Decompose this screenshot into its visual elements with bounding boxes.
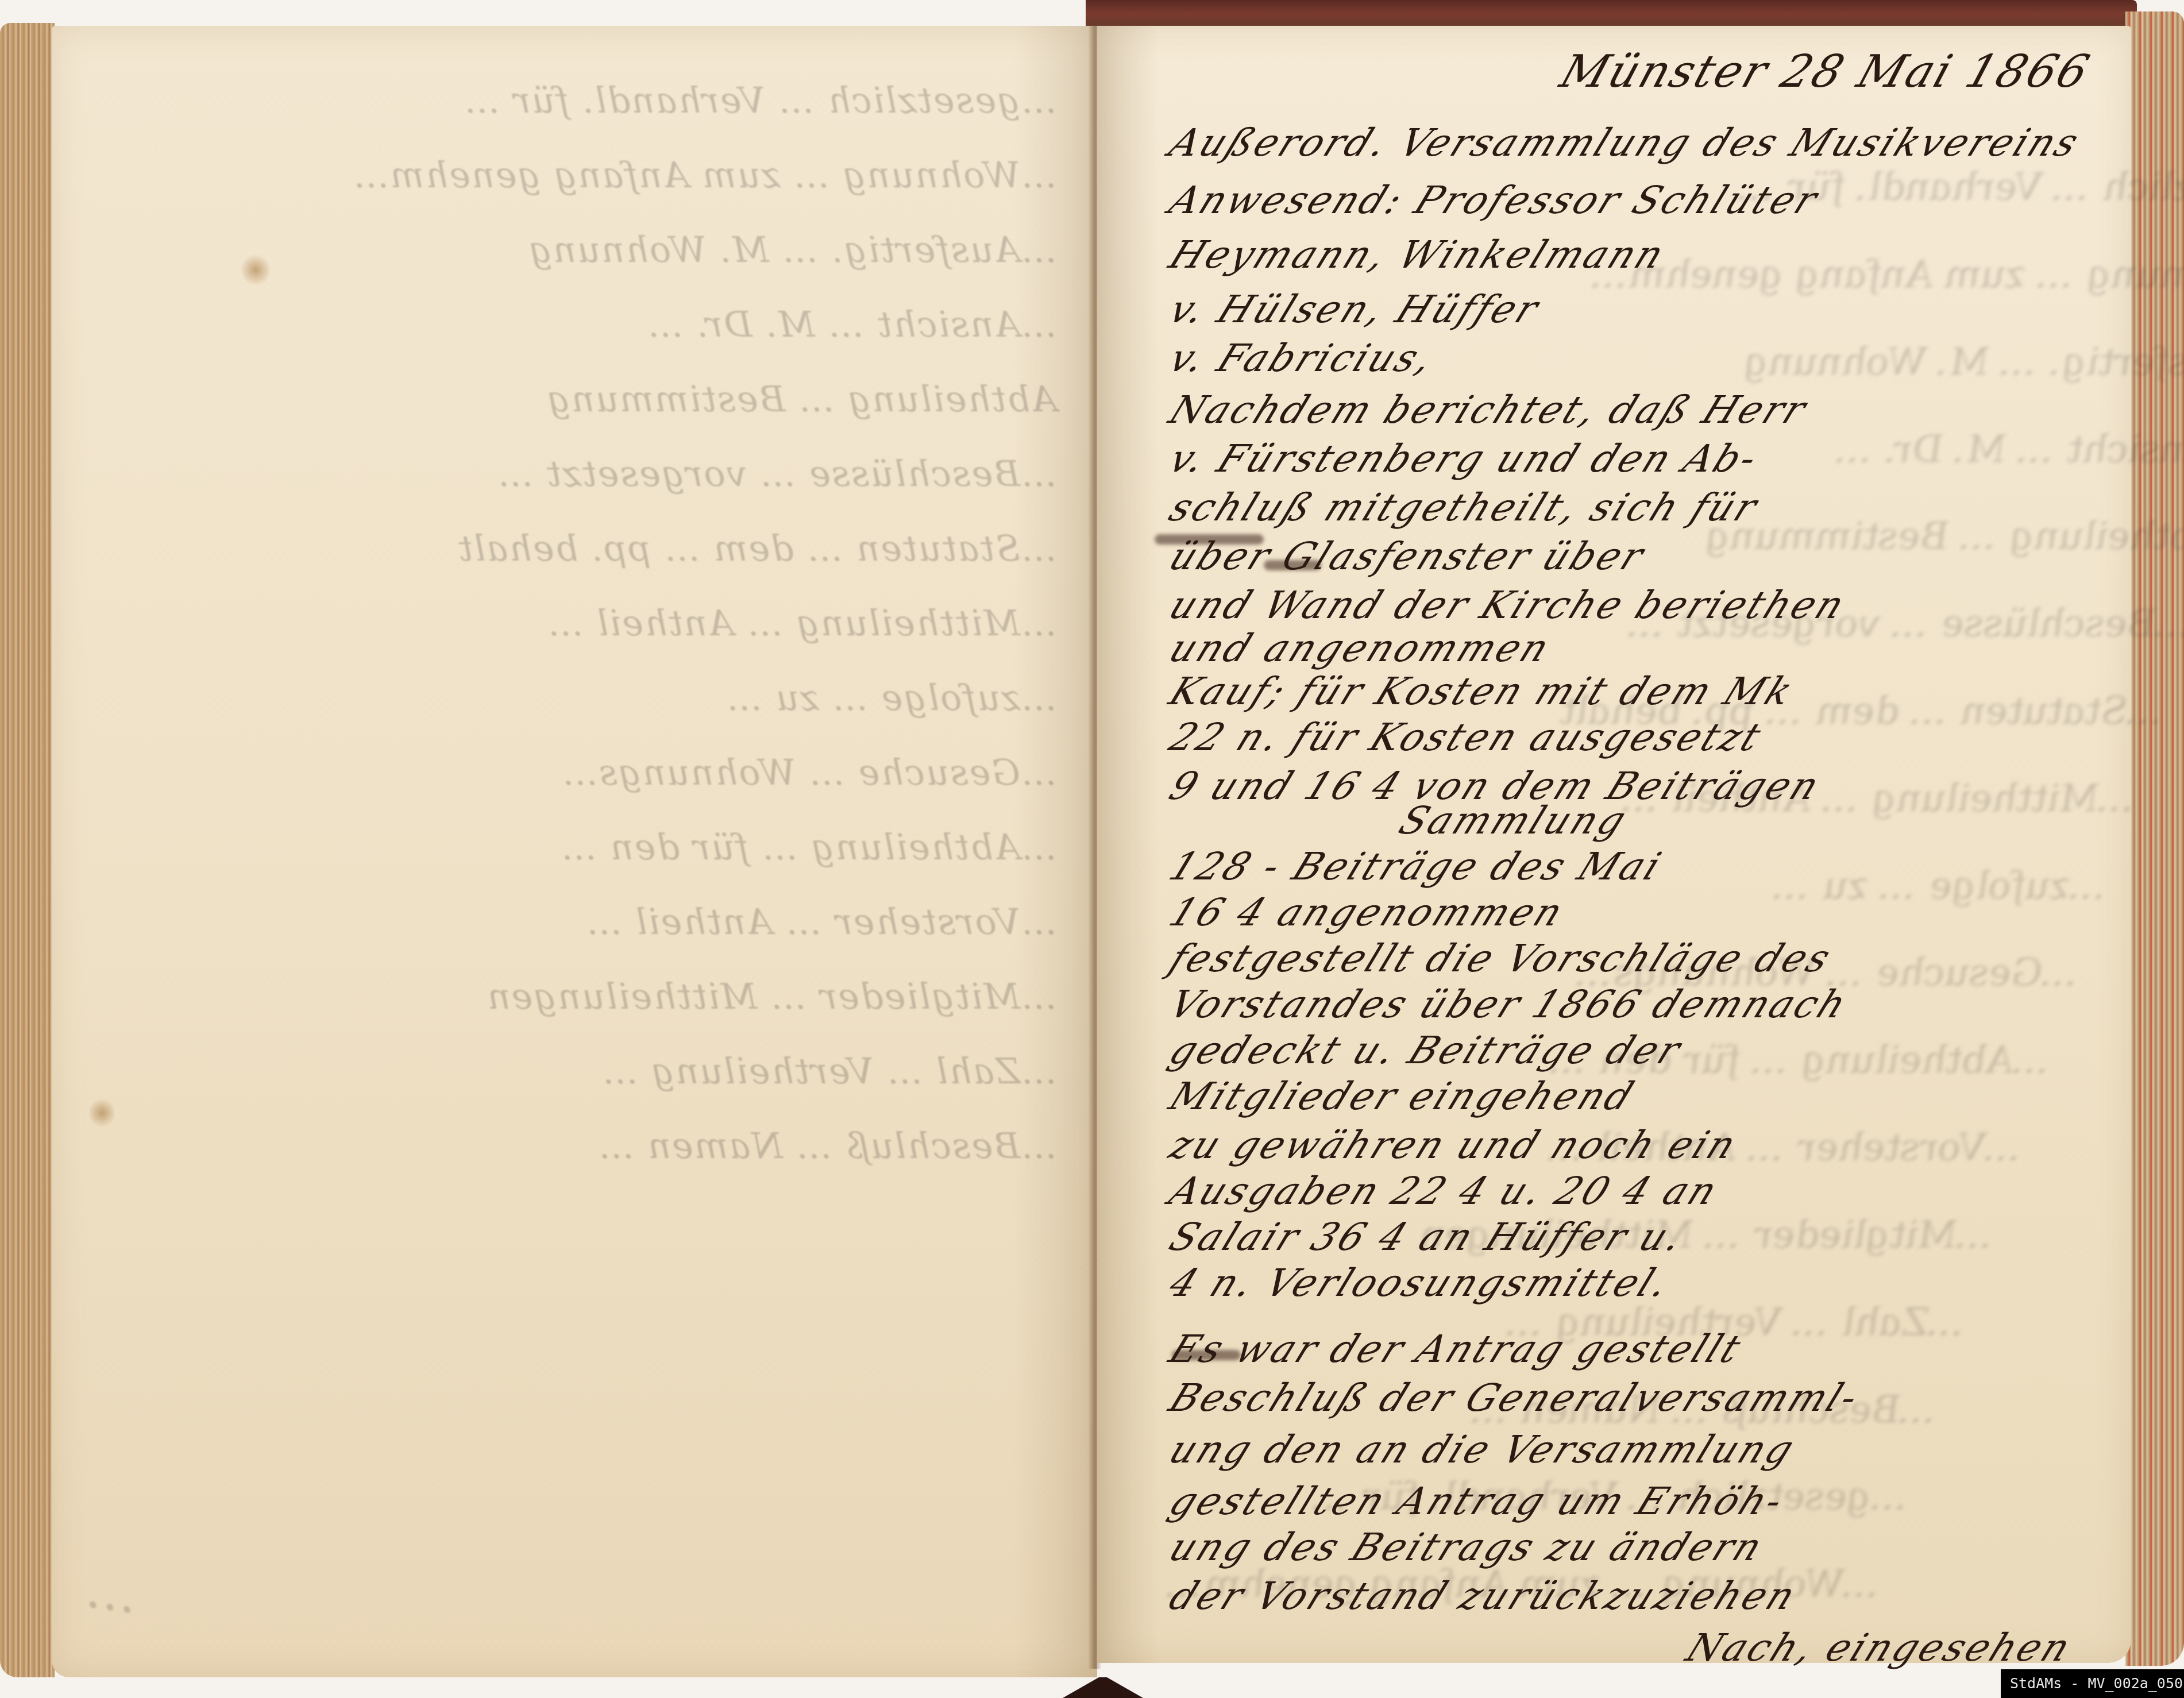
entry-line: festgestellt die Vorschläge des [1163,936,1839,981]
archive-reference-label: StdAMs - MV_002a_050 [2001,1669,2184,1698]
entry-line: Mitglieder eingehend [1163,1074,1642,1118]
bleed-line: …Beschluß … Namen … [80,1109,1057,1183]
entry-line: Ausgaben 22 4 u. 20 4 an [1163,1169,1726,1213]
entry-line: Beschluß der Generalversamml- [1163,1376,1867,1420]
entry-line: Salair 36 4 an Hüffer u. [1163,1215,1692,1259]
entry-line: und angenommen [1163,626,1558,670]
left-page-bleed-through: …gesetzlich … Verhandl. für … …Wohnung …… [80,63,1057,1183]
foxing-stain [89,1097,115,1129]
bleed-line: …Ausfertig. … M. Wohnung [80,213,1057,287]
entry-line: Anwesend: Professor Schlüter [1163,178,1826,222]
entry-line: ung des Beitrags zu ändern [1163,1525,1770,1569]
entry-line: v. Fabricius, [1163,336,1442,380]
bleed-line: …Wohnung … zum Anfang genehm… [80,138,1057,213]
bleed-line: …zufolge … zu … [80,661,1057,735]
entry-line: 128 - Beiträge des Mai [1163,844,1669,889]
entry-line: über Glasfenster über [1163,534,1652,578]
bleed-line: …Abtheilung … für den … [80,810,1057,885]
entry-date-line: Münster 28 Mai 1866 [1554,46,2097,98]
bleed-line: …Mitglieder … Mittheilungen [80,959,1057,1034]
bleed-line: …Zahl … Vertheilung … [80,1034,1057,1109]
entry-line: 4 n. Verloosungsmittel. [1163,1261,1677,1305]
entry-line: gedeckt u. Beiträge der [1163,1028,1689,1072]
entry-line: und Wand der Kirche beriethen [1163,583,1853,627]
bleed-line: …Ansicht … M. Dr. … [80,287,1057,362]
page-stack-left [0,23,55,1677]
entry-line: Es war der Antrag gestellt [1163,1327,1749,1371]
entry-line: v. Hülsen, Hüffer [1163,287,1547,331]
entry-line: Sammlung [1392,798,1634,843]
entry-line: ung den an die Versammlung [1163,1427,1802,1472]
entry-line: gestellten Antrag um Erhöh- [1163,1479,1792,1523]
bleed-line: …Gesuche … Wohnungs… [80,735,1057,810]
entry-line: Vorstandes über 1866 demnach [1163,982,1855,1026]
entry-line: schluß mitgetheilt, sich für [1163,485,1765,530]
entry-line: Kauf; für Kosten mit dem Mk [1163,669,1801,713]
bleed-line: …Statuten … dem … pp. behalt [80,511,1057,586]
entry-line: v. Fürstenberg und den Ab- [1163,437,1766,481]
bleed-line: Abtheilung … Bestimmung [80,362,1057,437]
closing-signature: Nach, eingesehen [1680,1626,2079,1670]
foxing-stain [241,253,270,287]
bleed-line: …gesetzlich … Verhandl. für … [80,63,1057,138]
entry-line: Außerord. Versammlung des Musikvereins [1163,121,2087,165]
bleed-line: …Vorsteher … Antheil … [80,885,1057,959]
manuscript-scan: …gesetzlich … Verhandl. für … …Wohnung …… [0,0,2184,1698]
gutter-shadow [1063,1677,1143,1698]
entry-line: 16 4 angenommen [1163,890,1571,935]
bleed-line: …Mittheilung … Antheil … [80,586,1057,661]
bleed-line: …Beschlüsse … vorgesetzt … [80,437,1057,511]
entry-line: 22 n. für Kosten ausgesetzt [1163,715,1769,759]
entry-line: zu gewähren und noch ein [1163,1123,1745,1167]
bleed-signature: … [82,1559,142,1626]
entry-line: Heymann, Winkelmann [1163,233,1672,277]
entry-line: der Vorstand zurückzuziehen [1163,1574,1804,1618]
entry-line: Nachdem berichtet, daß Herr [1163,388,1814,432]
